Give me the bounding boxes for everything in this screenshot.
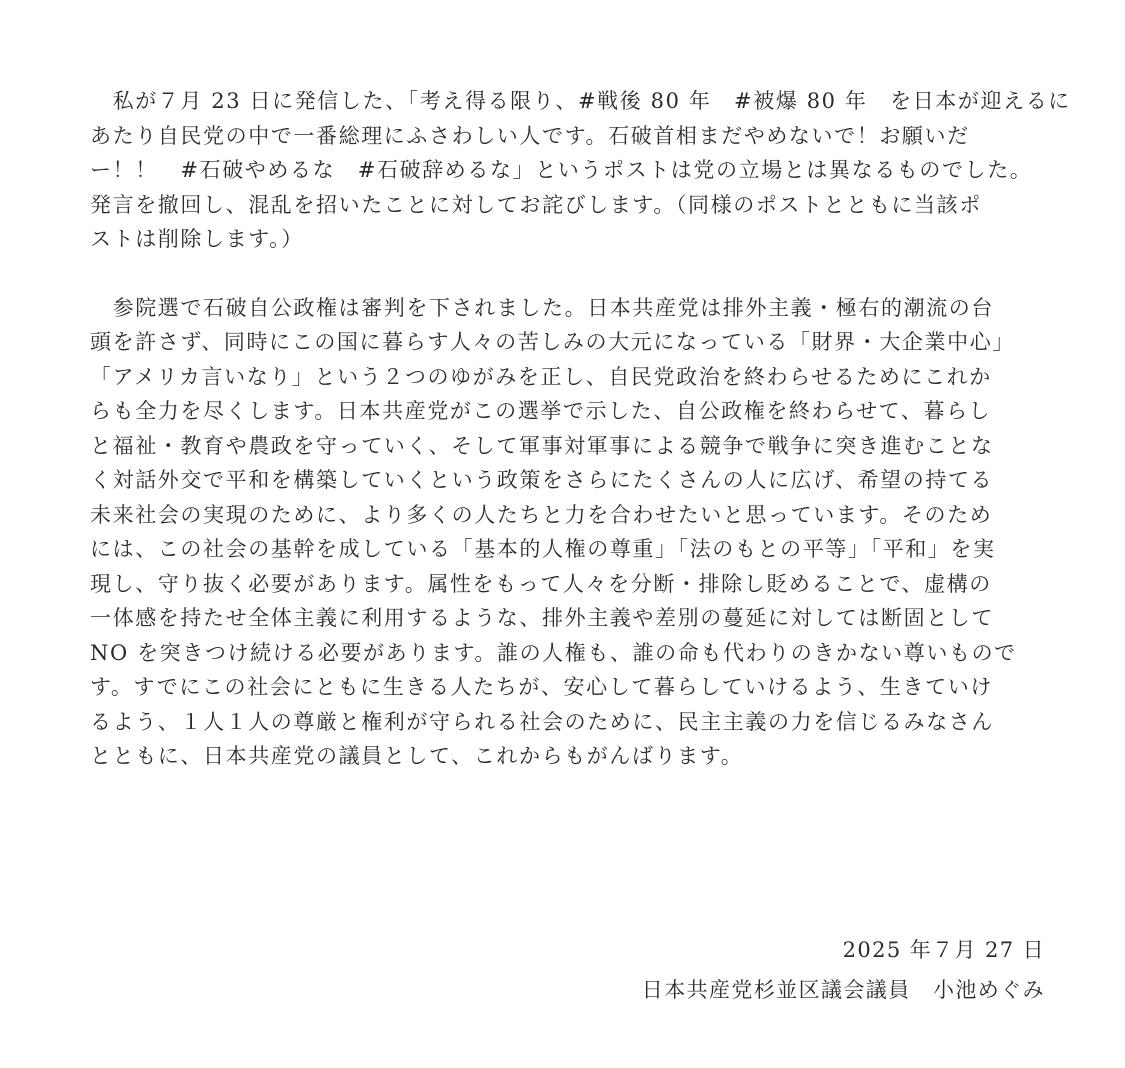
text-line: 現し、守り抜く必要があります。属性をもって人々を分断・排除し貶めることで、虚構の <box>90 567 1050 602</box>
signature-date: 2025 年７月 27 日 <box>642 930 1045 970</box>
text-line: あたり自民党の中で一番総理にふさわしい人です。石破首相まだやめないで！お願いだ <box>90 119 1050 154</box>
paragraph-statement: 参院選で石破自公政権は審判を下されました。日本共産党は排外主義・極右的潮流の台 … <box>90 291 1050 774</box>
text-line: と福祉・教育や農政を守っていく、そして軍事対軍事による競争で戦争に突き進むことな <box>90 429 1050 464</box>
paragraph-retraction: 私が７月 23 日に発信した、「考え得る限り、#戦後 80 年 #被爆 80 年… <box>90 84 1050 257</box>
text-line: ー！！ #石破やめるな #石破辞めるな」というポストは党の立場とは異なるものでし… <box>90 153 1050 188</box>
text-line: 未来社会の実現のために、より多くの人たちと力を合わせたいと思っています。そのため <box>90 498 1050 533</box>
signature-block: 2025 年７月 27 日 日本共産党杉並区議会議員 小池めぐみ <box>642 930 1045 1010</box>
text-line: く対話外交で平和を構築していくという政策をさらにたくさんの人に広げ、希望の持てる <box>90 463 1050 498</box>
text-line: 参院選で石破自公政権は審判を下されました。日本共産党は排外主義・極右的潮流の台 <box>90 291 1050 326</box>
text-line: るよう、１人１人の尊厳と権利が守られる社会のために、民主主義の力を信じるみなさん <box>90 705 1050 740</box>
text-line: す。すでにこの社会にともに生きる人たちが、安心して暮らしていけるよう、生きていけ <box>90 670 1050 705</box>
text-line: 頭を許さず、同時にこの国に暮らす人々の苦しみの大元になっている「財界・大企業中心… <box>90 325 1050 360</box>
text-line: 発言を撤回し、混乱を招いたことに対してお詫びします。（同様のポストとともに当該ポ <box>90 188 1050 223</box>
text-line: 一体感を持たせ全体主義に利用するような、排外主義や差別の蔓延に対しては断固として <box>90 601 1050 636</box>
text-line: とともに、日本共産党の議員として、これからもがんばります。 <box>90 739 1050 774</box>
statement-document: 私が７月 23 日に発信した、「考え得る限り、#戦後 80 年 #被爆 80 年… <box>90 84 1050 774</box>
text-line: らも全力を尽くします。日本共産党がこの選挙で示した、自公政権を終わらせて、暮らし <box>90 394 1050 429</box>
text-line: NO を突きつけ続ける必要があります。誰の人権も、誰の命も代わりのきかない尊いも… <box>90 636 1050 671</box>
text-line: ストは削除します。） <box>90 222 1050 257</box>
text-line: 「アメリカ言いなり」という２つのゆがみを正し、自民党政治を終わらせるためにこれか <box>90 360 1050 395</box>
text-line: 私が７月 23 日に発信した、「考え得る限り、#戦後 80 年 #被爆 80 年… <box>90 84 1050 119</box>
text-line: には、この社会の基幹を成している「基本的人権の尊重」「法のもとの平等」「平和」を… <box>90 532 1050 567</box>
signature-author: 日本共産党杉並区議会議員 小池めぐみ <box>642 970 1045 1010</box>
